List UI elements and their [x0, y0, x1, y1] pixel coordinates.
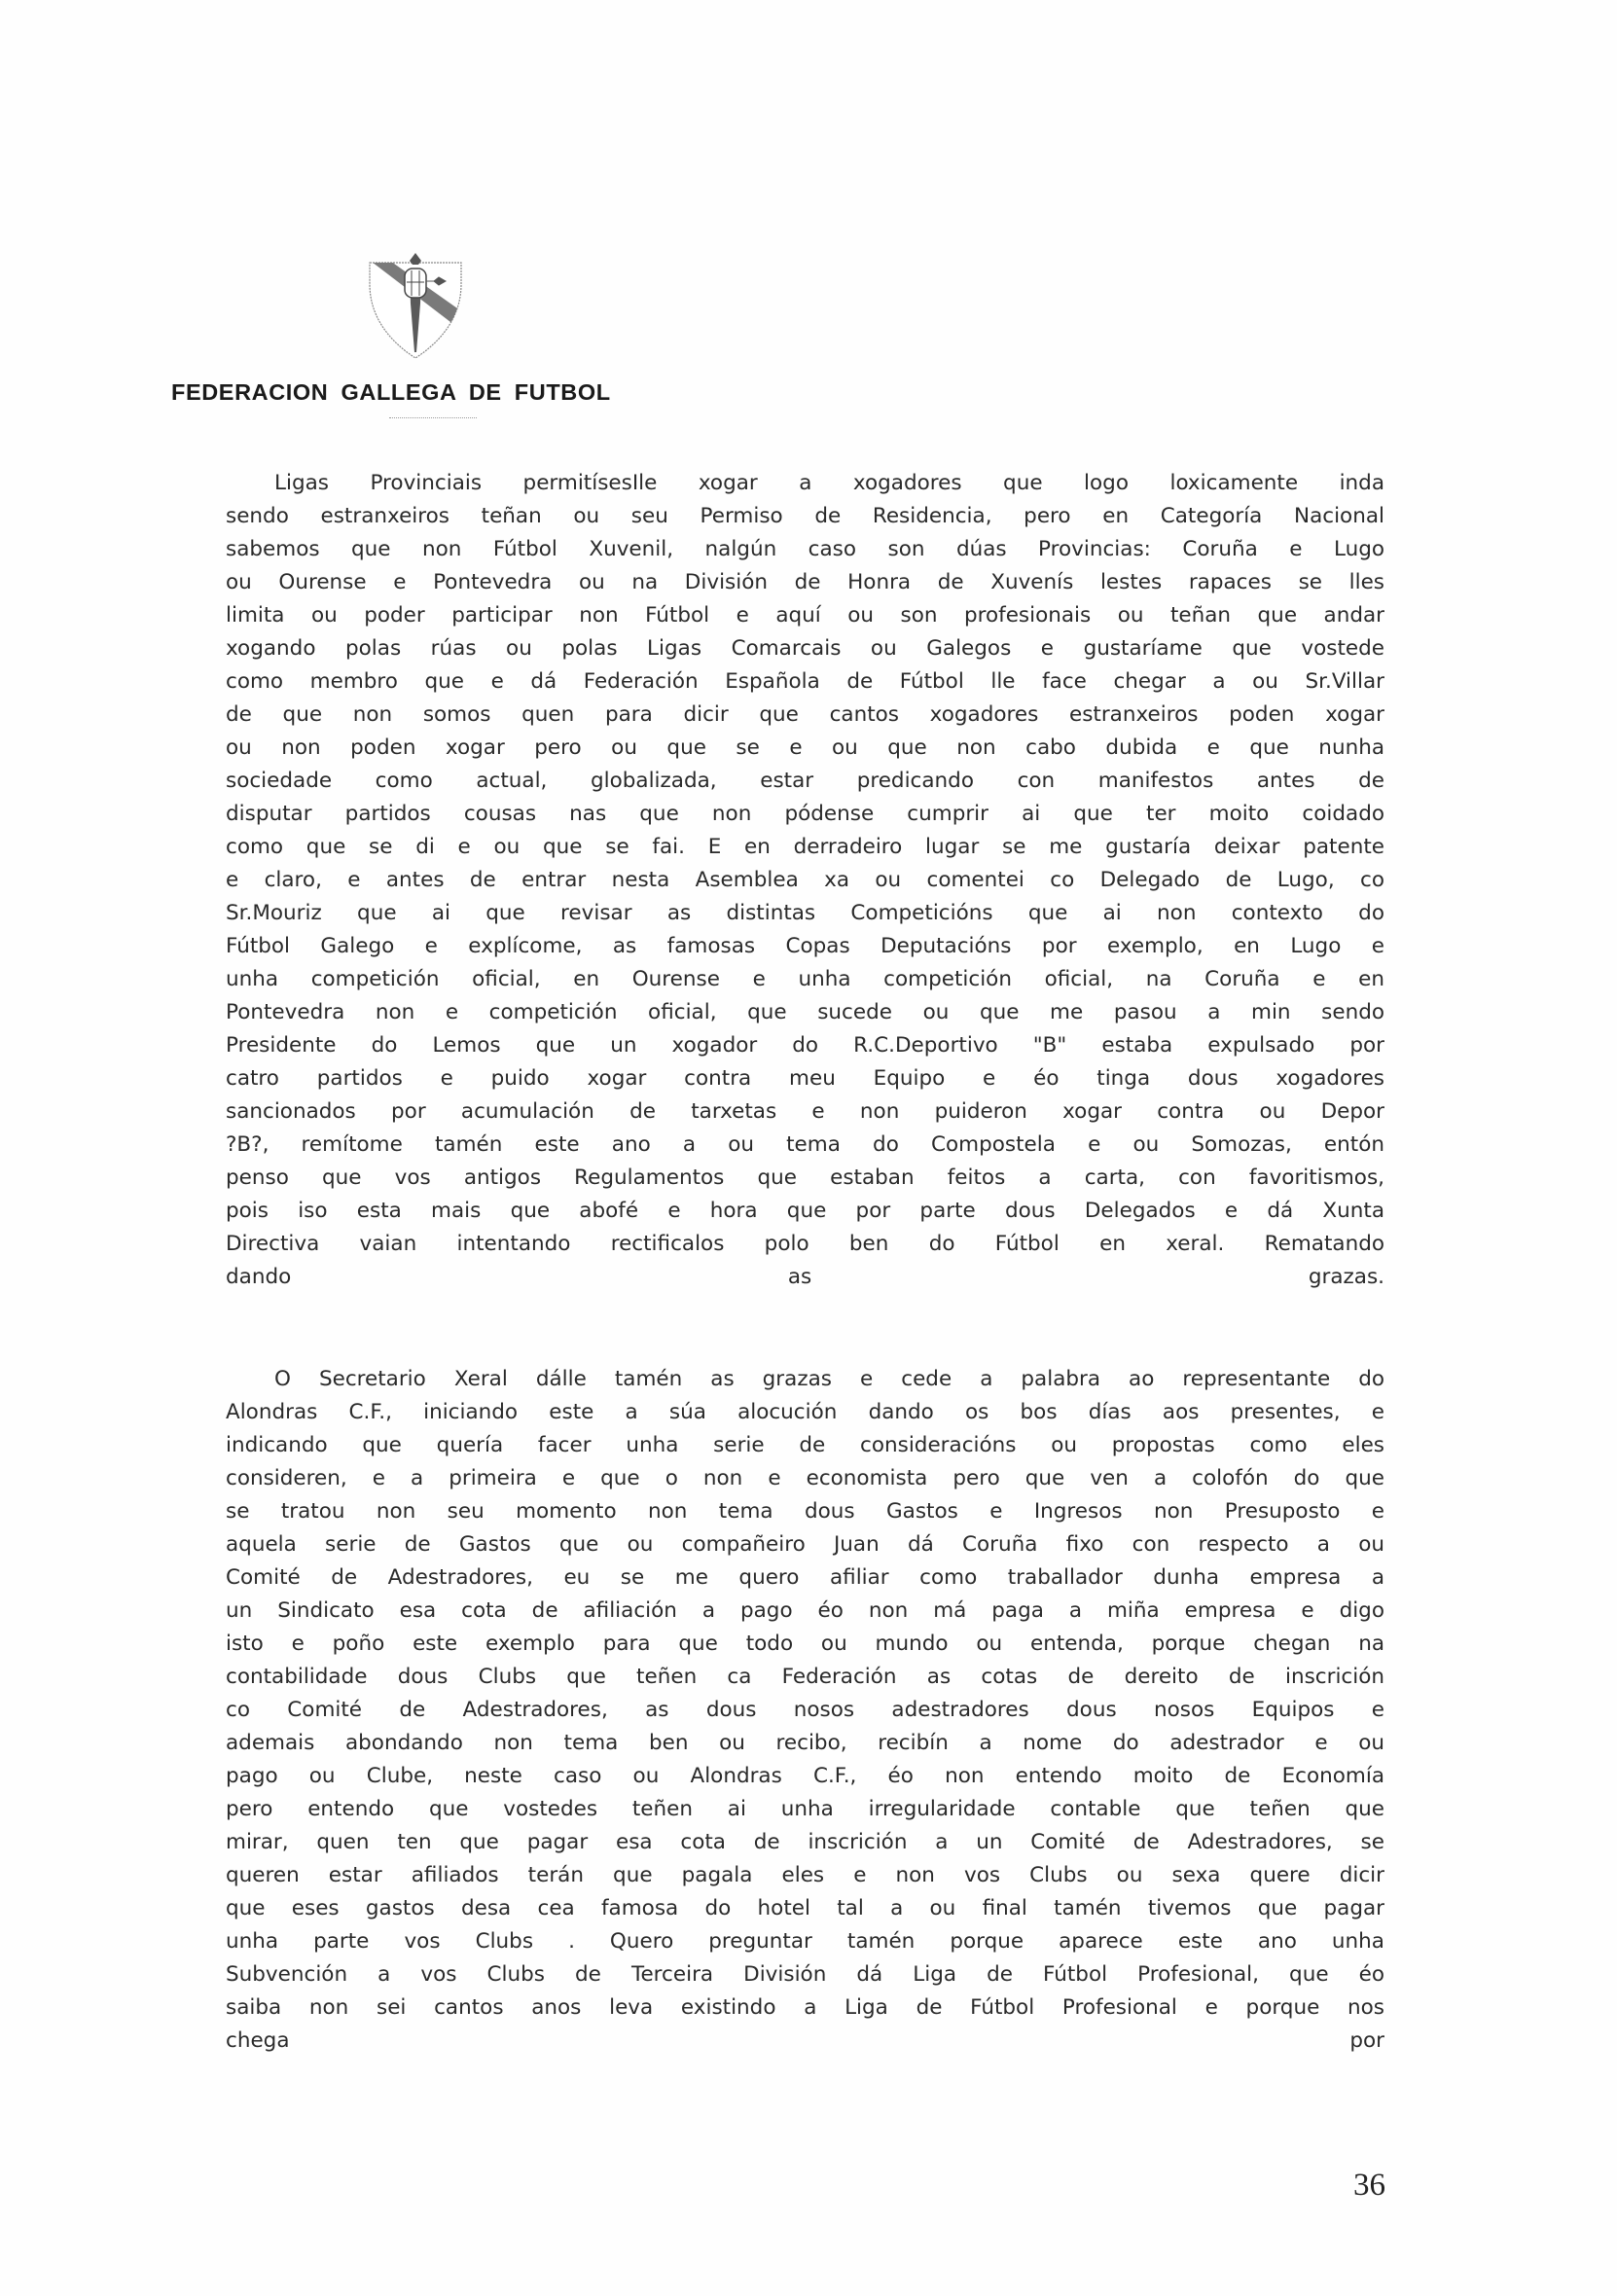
- text-line: ?B?, remítome tamén este ano a ou tema d…: [226, 1129, 1384, 1162]
- text-line: de que non somos quen para dicir que can…: [226, 699, 1384, 732]
- text-line: Pontevedra non e competición oficial, qu…: [226, 996, 1384, 1029]
- text-line: saiba non sei cantos anos leva existindo…: [226, 1991, 1384, 2025]
- text-line: pago ou Clube, neste caso ou Alondras C.…: [226, 1760, 1384, 1793]
- text-line: aquela serie de Gastos que ou compañeiro…: [226, 1528, 1384, 1561]
- text-line: sabemos que non Fútbol Xuvenil, nalgún c…: [226, 533, 1384, 566]
- text-line: ou non poden xogar pero ou que se e ou q…: [226, 732, 1384, 765]
- text-line: dando as grazas.: [226, 1261, 1384, 1294]
- text-line: sociedade como actual, globalizada, esta…: [226, 765, 1384, 798]
- text-line: disputar partidos cousas nas que non pód…: [226, 798, 1384, 831]
- text-line: que eses gastos desa cea famosa do hotel…: [226, 1892, 1384, 1925]
- text-line: indicando que quería facer unha serie de…: [226, 1429, 1384, 1462]
- text-line: un Sindicato esa cota de afiliación a pa…: [226, 1595, 1384, 1628]
- text-line: unha parte vos Clubs . Quero preguntar t…: [226, 1925, 1384, 1958]
- text-line: sancionados por acumulación de tarxetas …: [226, 1095, 1384, 1129]
- text-line: ademais abondando non tema ben ou recibo…: [226, 1727, 1384, 1760]
- text-line: Subvención a vos Clubs de Terceira Divis…: [226, 1958, 1384, 1991]
- text-line: Presidente do Lemos que un xogador do R.…: [226, 1029, 1384, 1062]
- text-line: e claro, e antes de entrar nesta Asemble…: [226, 864, 1384, 897]
- text-line: isto e poño este exemplo para que todo o…: [226, 1628, 1384, 1661]
- text-line: pois iso esta mais que abofé e hora que …: [226, 1195, 1384, 1228]
- text-line: Directiva vaian intentando rectificalos …: [226, 1228, 1384, 1261]
- text-line: Ligas Provinciais permitísesIle xogar a …: [226, 467, 1384, 500]
- federation-shield-crest-icon: [362, 245, 469, 360]
- text-line: O Secretario Xeral dálle tamén as grazas…: [226, 1363, 1384, 1396]
- text-line: consideren, e a primeira e que o non e e…: [226, 1462, 1384, 1495]
- text-line: Sr.Mouriz que ai que revisar as distinta…: [226, 897, 1384, 930]
- text-line: mirar, quen ten que pagar esa cota de in…: [226, 1826, 1384, 1859]
- text-line: co Comité de Adestradores, as dous nosos…: [226, 1694, 1384, 1727]
- text-line: se tratou non seu momento non tema dous …: [226, 1495, 1384, 1528]
- text-line: contabilidade dous Clubs que teñen ca Fe…: [226, 1661, 1384, 1694]
- text-line: unha competición oficial, en Ourense e u…: [226, 963, 1384, 996]
- text-line: queren estar afiliados terán que pagala …: [226, 1859, 1384, 1892]
- text-line: como membro que e dá Federación Española…: [226, 665, 1384, 699]
- text-line: como que se di e ou que se fai. E en der…: [226, 831, 1384, 864]
- text-line: ou Ourense e Pontevedra ou na División d…: [226, 566, 1384, 599]
- text-line: catro partidos e puido xogar contra meu …: [226, 1062, 1384, 1095]
- text-line: xogando polas rúas ou polas Ligas Comarc…: [226, 632, 1384, 665]
- text-line: Comité de Adestradores, eu se me quero a…: [226, 1561, 1384, 1595]
- text-line: sendo estranxeiros teñan ou seu Permiso …: [226, 500, 1384, 533]
- text-line: Alondras C.F., iniciando este a súa aloc…: [226, 1396, 1384, 1429]
- paragraph-1: Ligas Provinciais permitísesIle xogar a …: [226, 467, 1384, 1294]
- text-line: Fútbol Galego e explícome, as famosas Co…: [226, 930, 1384, 963]
- document-page: FEDERACION GALLEGA DE FUTBOL Ligas Provi…: [0, 0, 1617, 2296]
- text-line: pero entendo que vostedes teñen ai unha …: [226, 1793, 1384, 1826]
- header-divider: [389, 417, 477, 418]
- text-line: penso que vos antigos Regulamentos que e…: [226, 1162, 1384, 1195]
- text-line: chega por: [226, 2025, 1384, 2058]
- text-line: limita ou poder participar non Fútbol e …: [226, 599, 1384, 632]
- organization-name: FEDERACION GALLEGA DE FUTBOL: [171, 379, 677, 406]
- paragraph-2: O Secretario Xeral dálle tamén as grazas…: [226, 1363, 1384, 2058]
- page-number: 36: [1333, 2168, 1385, 2204]
